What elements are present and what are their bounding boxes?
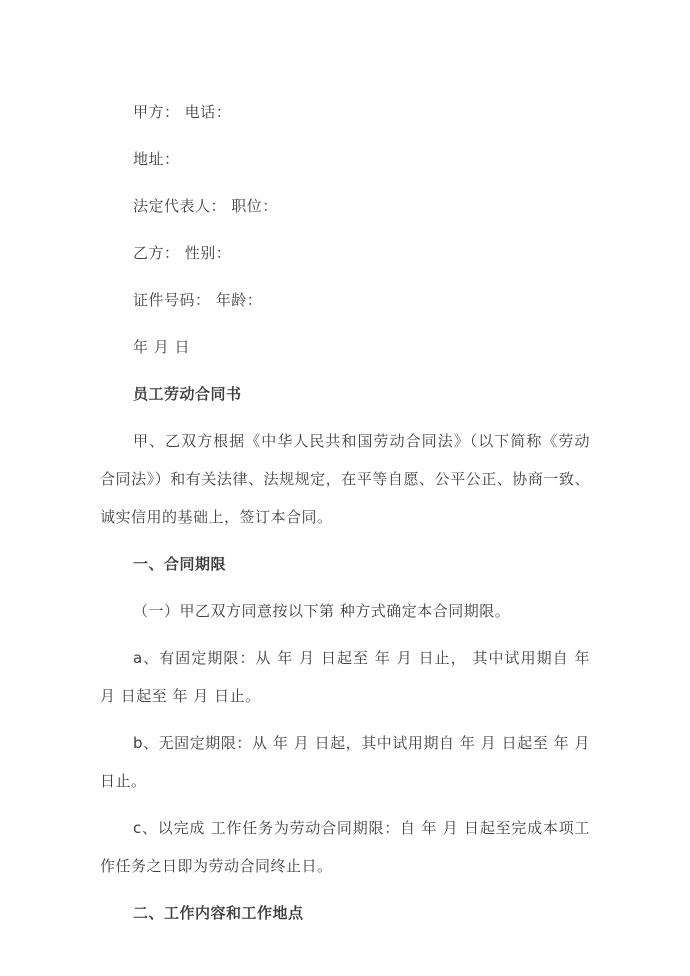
field-party-a-phone: 甲方： 电话： bbox=[100, 93, 590, 131]
field-legal-representative-position: 法定代表人： 职位： bbox=[100, 187, 590, 225]
field-id-number-age: 证件号码： 年龄： bbox=[100, 281, 590, 319]
field-address: 地址： bbox=[100, 140, 590, 178]
intro-paragraph: 甲、乙双方根据《中华人民共和国劳动合同法》（以下简称《劳动合同法》）和有关法律、… bbox=[100, 422, 590, 536]
section1-heading: 一、合同期限 bbox=[100, 545, 590, 583]
field-date: 年 月 日 bbox=[100, 328, 590, 366]
contract-title: 员工劳动合同书 bbox=[100, 375, 590, 413]
section1-clause-intro: （一）甲乙双方同意按以下第 种方式确定本合同期限。 bbox=[100, 592, 590, 630]
section1-clause-b: b、无固定期限：从 年 月 日起，其中试用期自 年 月 日起至 年 月 日止。 bbox=[100, 724, 590, 800]
document-viewport: 甲方： 电话： 地址： 法定代表人： 职位： 乙方： 性别： 证件号码： 年龄：… bbox=[0, 0, 690, 976]
contract-page: 甲方： 电话： 地址： 法定代表人： 职位： 乙方： 性别： 证件号码： 年龄：… bbox=[0, 0, 690, 976]
section2-heading: 二、工作内容和工作地点 bbox=[100, 894, 590, 932]
section1-clause-a: a、有固定期限：从 年 月 日起至 年 月 日止， 其中试用期自 年 月 日起至… bbox=[100, 639, 590, 715]
field-party-b-gender: 乙方： 性别： bbox=[100, 234, 590, 272]
section1-clause-c: c、以完成 工作任务为劳动合同期限：自 年 月 日起至完成本项工作任务之日即为劳… bbox=[100, 809, 590, 885]
